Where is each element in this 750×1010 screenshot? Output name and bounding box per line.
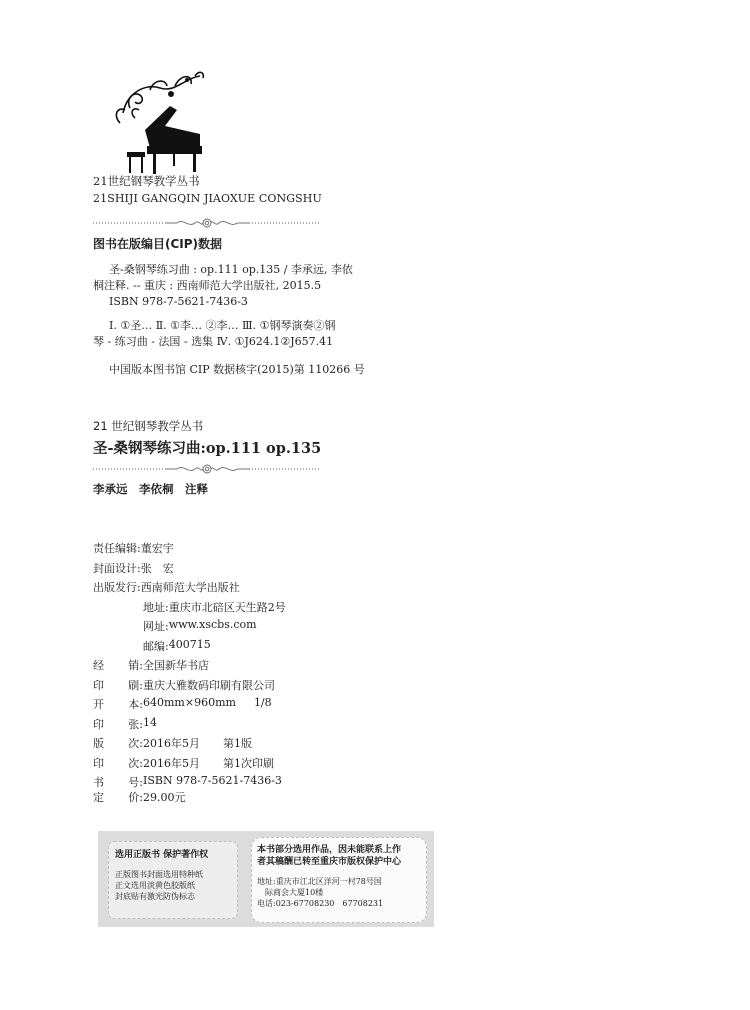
colophon-row: 版次:2016年5月第1版	[93, 735, 286, 755]
colophon-row: 书号:ISBN 978-7-5621-7436-3	[93, 774, 286, 789]
cip-line-2: 桐注释. -- 重庆 : 西南师范大学出版社, 2015.5	[93, 278, 321, 294]
cip-heading: 图书在版编目(CIP)数据	[93, 235, 222, 252]
copyright-notice-banner: 选用正版书 保护著作权 正版图书封面选用特种纸 正文选用淡黄色胶版纸 封底贴有激…	[98, 831, 434, 927]
colophon-row: 印刷:重庆大雅数码印刷有限公司	[93, 677, 286, 697]
colophon-postcode: 邮编:400715	[93, 638, 286, 658]
royalty-notice-card: 本书部分选用作品，因未能联系上作 者其稿酬已转至重庆市版权保护中心 地址:重庆市…	[251, 837, 427, 923]
book-title: 圣-桑钢琴练习曲:op.111 op.135	[93, 437, 321, 458]
colophon-editor: 责任编辑:董宏宇	[93, 540, 286, 560]
colophon-website: 网址:www.xscbs.com	[93, 618, 286, 638]
series-title-cn: 21世纪钢琴教学丛书	[93, 173, 200, 189]
ornament-divider-icon	[93, 460, 321, 472]
colophon-row: 定价:29.00元	[93, 789, 286, 809]
colophon-row: 开本:640mm×960mm1/8	[93, 696, 286, 716]
colophon-publisher: 出版发行:西南师范大学出版社	[93, 579, 286, 599]
cip-class-1: Ⅰ. ①圣… Ⅱ. ①李… ②李… Ⅲ. ①钢琴演奏②钢	[109, 318, 335, 334]
colophon-row: 经销:全国新华书店	[93, 657, 286, 677]
genuine-book-card: 选用正版书 保护著作权 正版图书封面选用特种纸 正文选用淡黄色胶版纸 封底贴有激…	[108, 841, 238, 919]
piano-logo-icon	[105, 68, 215, 178]
cip-line-3: ISBN 978-7-5621-7436-3	[109, 294, 248, 310]
book-authors: 李承远 李依桐 注释	[93, 481, 208, 497]
ornament-divider-icon	[93, 214, 321, 226]
cip-line-1: 圣-桑钢琴练习曲 : op.111 op.135 / 李承远, 李依	[109, 262, 353, 278]
series-title-en: 21SHIJI GANGQIN JIAOXUE CONGSHU	[93, 192, 322, 205]
book-series: 21 世纪钢琴教学丛书	[93, 418, 203, 434]
colophon: 责任编辑:董宏宇 封面设计:张 宏 出版发行:西南师范大学出版社 地址:重庆市北…	[93, 540, 286, 809]
colophon-cover: 封面设计:张 宏	[93, 560, 286, 580]
colophon-row: 印张:14	[93, 716, 286, 736]
colophon-address: 地址:重庆市北碚区天生路2号	[93, 599, 286, 619]
cip-class-2: 琴 - 练习曲 - 法国 - 选集 Ⅳ. ①J624.1②J657.41	[93, 334, 333, 350]
colophon-row: 印次:2016年5月第1次印刷	[93, 755, 286, 775]
cip-record: 中国版本图书馆 CIP 数据核字(2015)第 110266 号	[109, 362, 365, 378]
